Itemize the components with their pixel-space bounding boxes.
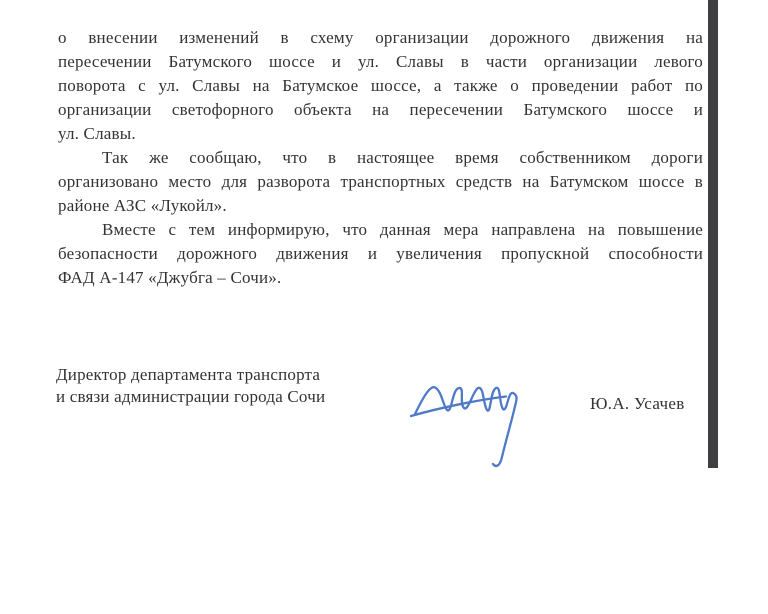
signer-title-line-1: Директор департамента транспорта xyxy=(56,364,386,386)
signer-name: Ю.А. Усачев xyxy=(590,393,685,415)
text-line: Так же сообщаю, что в настоящее время со… xyxy=(58,146,703,170)
text-line: безопасности дорожного движения и увелич… xyxy=(58,242,703,266)
text-line: пересечении Батумского шоссе и ул. Славы… xyxy=(58,50,703,74)
text-line: организации светофорного объекта на пере… xyxy=(58,98,703,122)
text-line: Вместе с тем информирую, что данная мера… xyxy=(58,218,703,242)
letter-body: о внесении изменений в схему организации… xyxy=(58,26,703,290)
signer-title: Директор департамента транспорта и связи… xyxy=(56,364,386,408)
handwritten-signature-icon xyxy=(403,368,543,473)
signature-letters-stroke xyxy=(415,387,517,466)
text-line: ул. Славы. xyxy=(58,122,703,146)
text-line: о внесении изменений в схему организации… xyxy=(58,26,703,50)
text-line: ФАД А-147 «Джубга – Сочи». xyxy=(58,266,703,290)
text-line: организовано место для разворота транспо… xyxy=(58,170,703,194)
signer-title-line-2: и связи администрации города Сочи xyxy=(56,386,386,408)
text-line: поворота с ул. Славы на Батумское шоссе,… xyxy=(58,74,703,98)
document-page: о внесении изменений в схему организации… xyxy=(0,0,768,614)
text-line: районе АЗС «Лукойл». xyxy=(58,194,703,218)
scan-edge-artifact xyxy=(708,0,718,468)
